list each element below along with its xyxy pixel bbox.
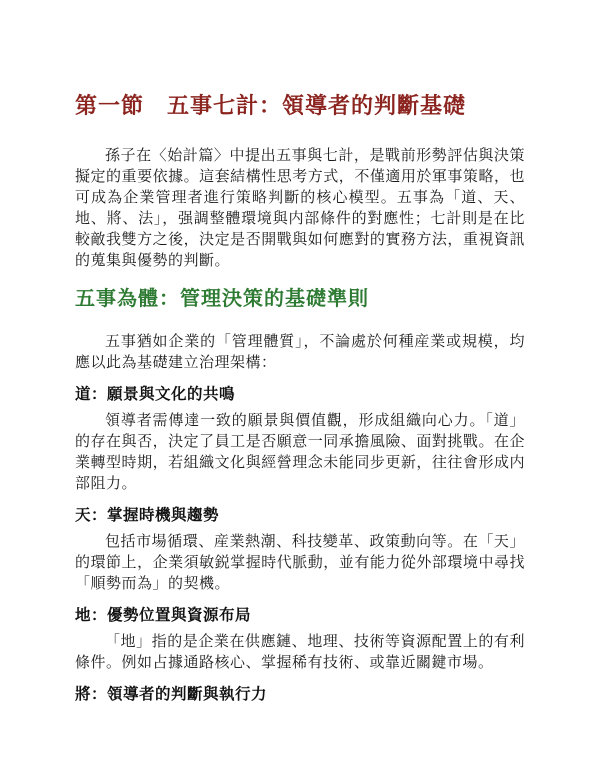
chapter-title: 第一節 五事七計：領導者的判斷基礎 [75,92,525,119]
subsection-dao: 道：願景與文化的共鳴 領導者需傳達一致的願景與價值觀，形成組織向心力。「道」的存… [75,384,525,495]
section-heading: 五事為體：管理決策的基礎準則 [75,286,525,312]
document-page: 第一節 五事七計：領導者的判斷基礎 孫子在〈始計篇〉中提出五事與七計，是戰前形勢… [0,0,600,776]
subsection-heading: 將：領導者的判斷與執行力 [75,684,525,705]
subsection-heading: 天：掌握時機與趨勢 [75,505,525,526]
subsection-body: 領導者需傳達一致的願景與價值觀，形成組織向心力。「道」的存在與否，決定了員工是否… [75,411,525,495]
subsection-di: 地：優勢位置與資源布局 「地」指的是企業在供應鏈、地理、技術等資源配置上的有利條… [75,605,525,674]
intro-paragraph: 孫子在〈始計篇〉中提出五事與七計，是戰前形勢評估與決策擬定的重要依據。這套結構性… [75,146,525,272]
subsection-heading: 地：優勢位置與資源布局 [75,605,525,626]
subsection-body: 包括市場循環、産業熱潮、科技變革、政策動向等。在「天」的環節上，企業須敏鋭掌握時… [75,532,525,595]
section-lead-paragraph: 五事猶如企業的「管理體質」，不論處於何種産業或規模，均應以此為基礎建立治理架構： [75,332,525,374]
subsection-heading: 道：願景與文化的共鳴 [75,384,525,405]
subsection-jiang: 將：領導者的判斷與執行力 [75,684,525,705]
subsection-tian: 天：掌握時機與趨勢 包括市場循環、産業熱潮、科技變革、政策動向等。在「天」的環節… [75,505,525,595]
subsection-body: 「地」指的是企業在供應鏈、地理、技術等資源配置上的有利條件。例如占據通路核心、掌… [75,632,525,674]
